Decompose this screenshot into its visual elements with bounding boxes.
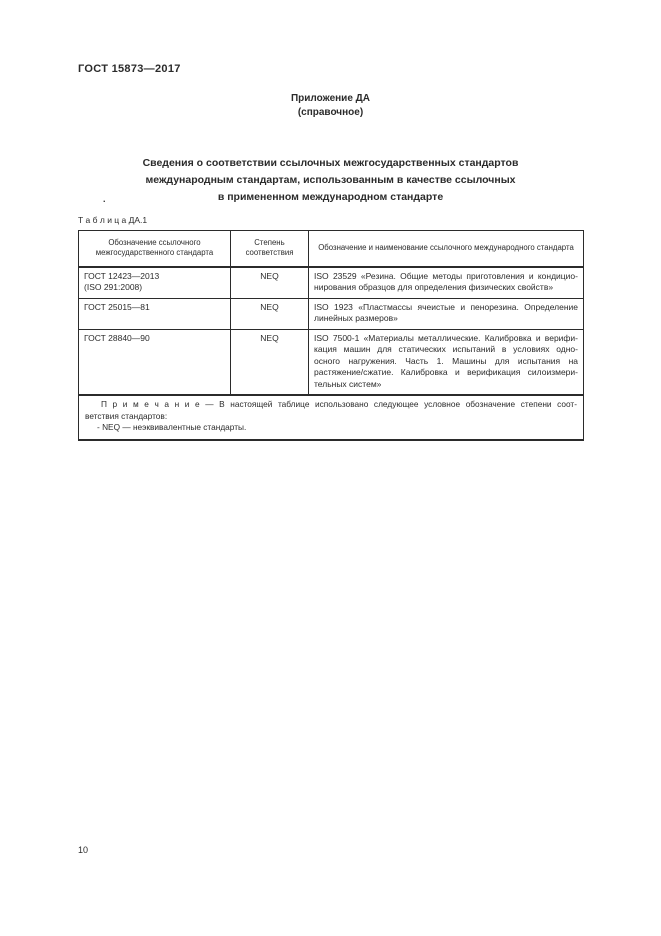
header-cell-gost: Обозначение ссылочного межгосударственно… bbox=[79, 231, 231, 267]
note-row: П р и м е ч а н и е — В настоящей таблиц… bbox=[79, 395, 584, 440]
table-row: ГОСТ 28840—90 NEQ ISO 7500-1 «Материалы … bbox=[79, 329, 584, 395]
section-title-line: Сведения о соответствии ссылочных межгос… bbox=[78, 155, 583, 172]
iso-line: растяжение/сжатие. Калибровка и верифика… bbox=[314, 367, 578, 379]
gost-line: ГОСТ 12423—2013 bbox=[84, 271, 225, 283]
table-row: ГОСТ 12423—2013 (ISO 291:2008) NEQ ISO 2… bbox=[79, 267, 584, 299]
content-area: ГОСТ 15873—2017 Приложение ДА (справочно… bbox=[78, 0, 583, 441]
iso-line: тельных систем» bbox=[314, 379, 578, 391]
iso-cell: ISO 23529 «Резина. Общие методы приготов… bbox=[309, 267, 584, 299]
section-title-line: международным стандартам, использованным… bbox=[78, 172, 583, 189]
iso-line: ISO 7500-1 «Материалы металлические. Кал… bbox=[314, 333, 578, 345]
iso-line: нирования образцов для определения физич… bbox=[314, 282, 578, 294]
section-title-line: в примененном международном стандарте bbox=[78, 189, 583, 206]
iso-line: ISO 1923 «Пластмассы ячеистые и пенорези… bbox=[314, 302, 578, 314]
note-line: ветствия стандартов: bbox=[85, 411, 577, 423]
appendix-subtitle: (справочное) bbox=[78, 106, 583, 120]
gost-line: ГОСТ 25015—81 bbox=[84, 302, 225, 314]
iso-line: осного нагружения. Часть 1. Машины для и… bbox=[314, 356, 578, 368]
iso-cell: ISO 7500-1 «Материалы металлические. Кал… bbox=[309, 329, 584, 395]
section-title: Сведения о соответствии ссылочных межгос… bbox=[78, 155, 583, 206]
iso-line: линейных размеров» bbox=[314, 313, 578, 325]
iso-cell: ISO 1923 «Пластмассы ячеистые и пенорези… bbox=[309, 298, 584, 329]
gost-cell: ГОСТ 12423—2013 (ISO 291:2008) bbox=[79, 267, 231, 299]
header-cell-degree: Степень соответствия bbox=[231, 231, 309, 267]
doc-number: ГОСТ 15873—2017 bbox=[78, 0, 583, 75]
note-line: - NEQ — неэквивалентные стандарты. bbox=[85, 422, 577, 434]
iso-line: кация машин для статических испытаний в … bbox=[314, 344, 578, 356]
document-page: ГОСТ 15873—2017 Приложение ДА (справочно… bbox=[0, 0, 661, 936]
appendix-heading: Приложение ДА (справочное) bbox=[78, 92, 583, 120]
note-cell: П р и м е ч а н и е — В настоящей таблиц… bbox=[79, 395, 584, 440]
page-number: 10 bbox=[78, 845, 88, 855]
table-label: Т а б л и ц а ДА.1 bbox=[78, 215, 583, 225]
gost-cell: ГОСТ 25015—81 bbox=[79, 298, 231, 329]
iso-line: ISO 23529 «Резина. Общие методы приготов… bbox=[314, 271, 578, 283]
stray-mark: . bbox=[103, 194, 106, 204]
degree-cell: NEQ bbox=[231, 298, 309, 329]
gost-line: ГОСТ 28840—90 bbox=[84, 333, 225, 345]
appendix-title: Приложение ДА bbox=[78, 92, 583, 106]
gost-line: (ISO 291:2008) bbox=[84, 282, 225, 294]
degree-cell: NEQ bbox=[231, 267, 309, 299]
gost-cell: ГОСТ 28840—90 bbox=[79, 329, 231, 395]
table-row: ГОСТ 25015—81 NEQ ISO 1923 «Пластмассы я… bbox=[79, 298, 584, 329]
header-cell-iso: Обозначение и наименование ссылочного ме… bbox=[309, 231, 584, 267]
degree-cell: NEQ bbox=[231, 329, 309, 395]
correspondence-table: Обозначение ссылочного межгосударственно… bbox=[78, 230, 584, 441]
note-line: П р и м е ч а н и е — В настоящей таблиц… bbox=[85, 399, 577, 411]
table-header: Обозначение ссылочного межгосударственно… bbox=[79, 231, 584, 267]
